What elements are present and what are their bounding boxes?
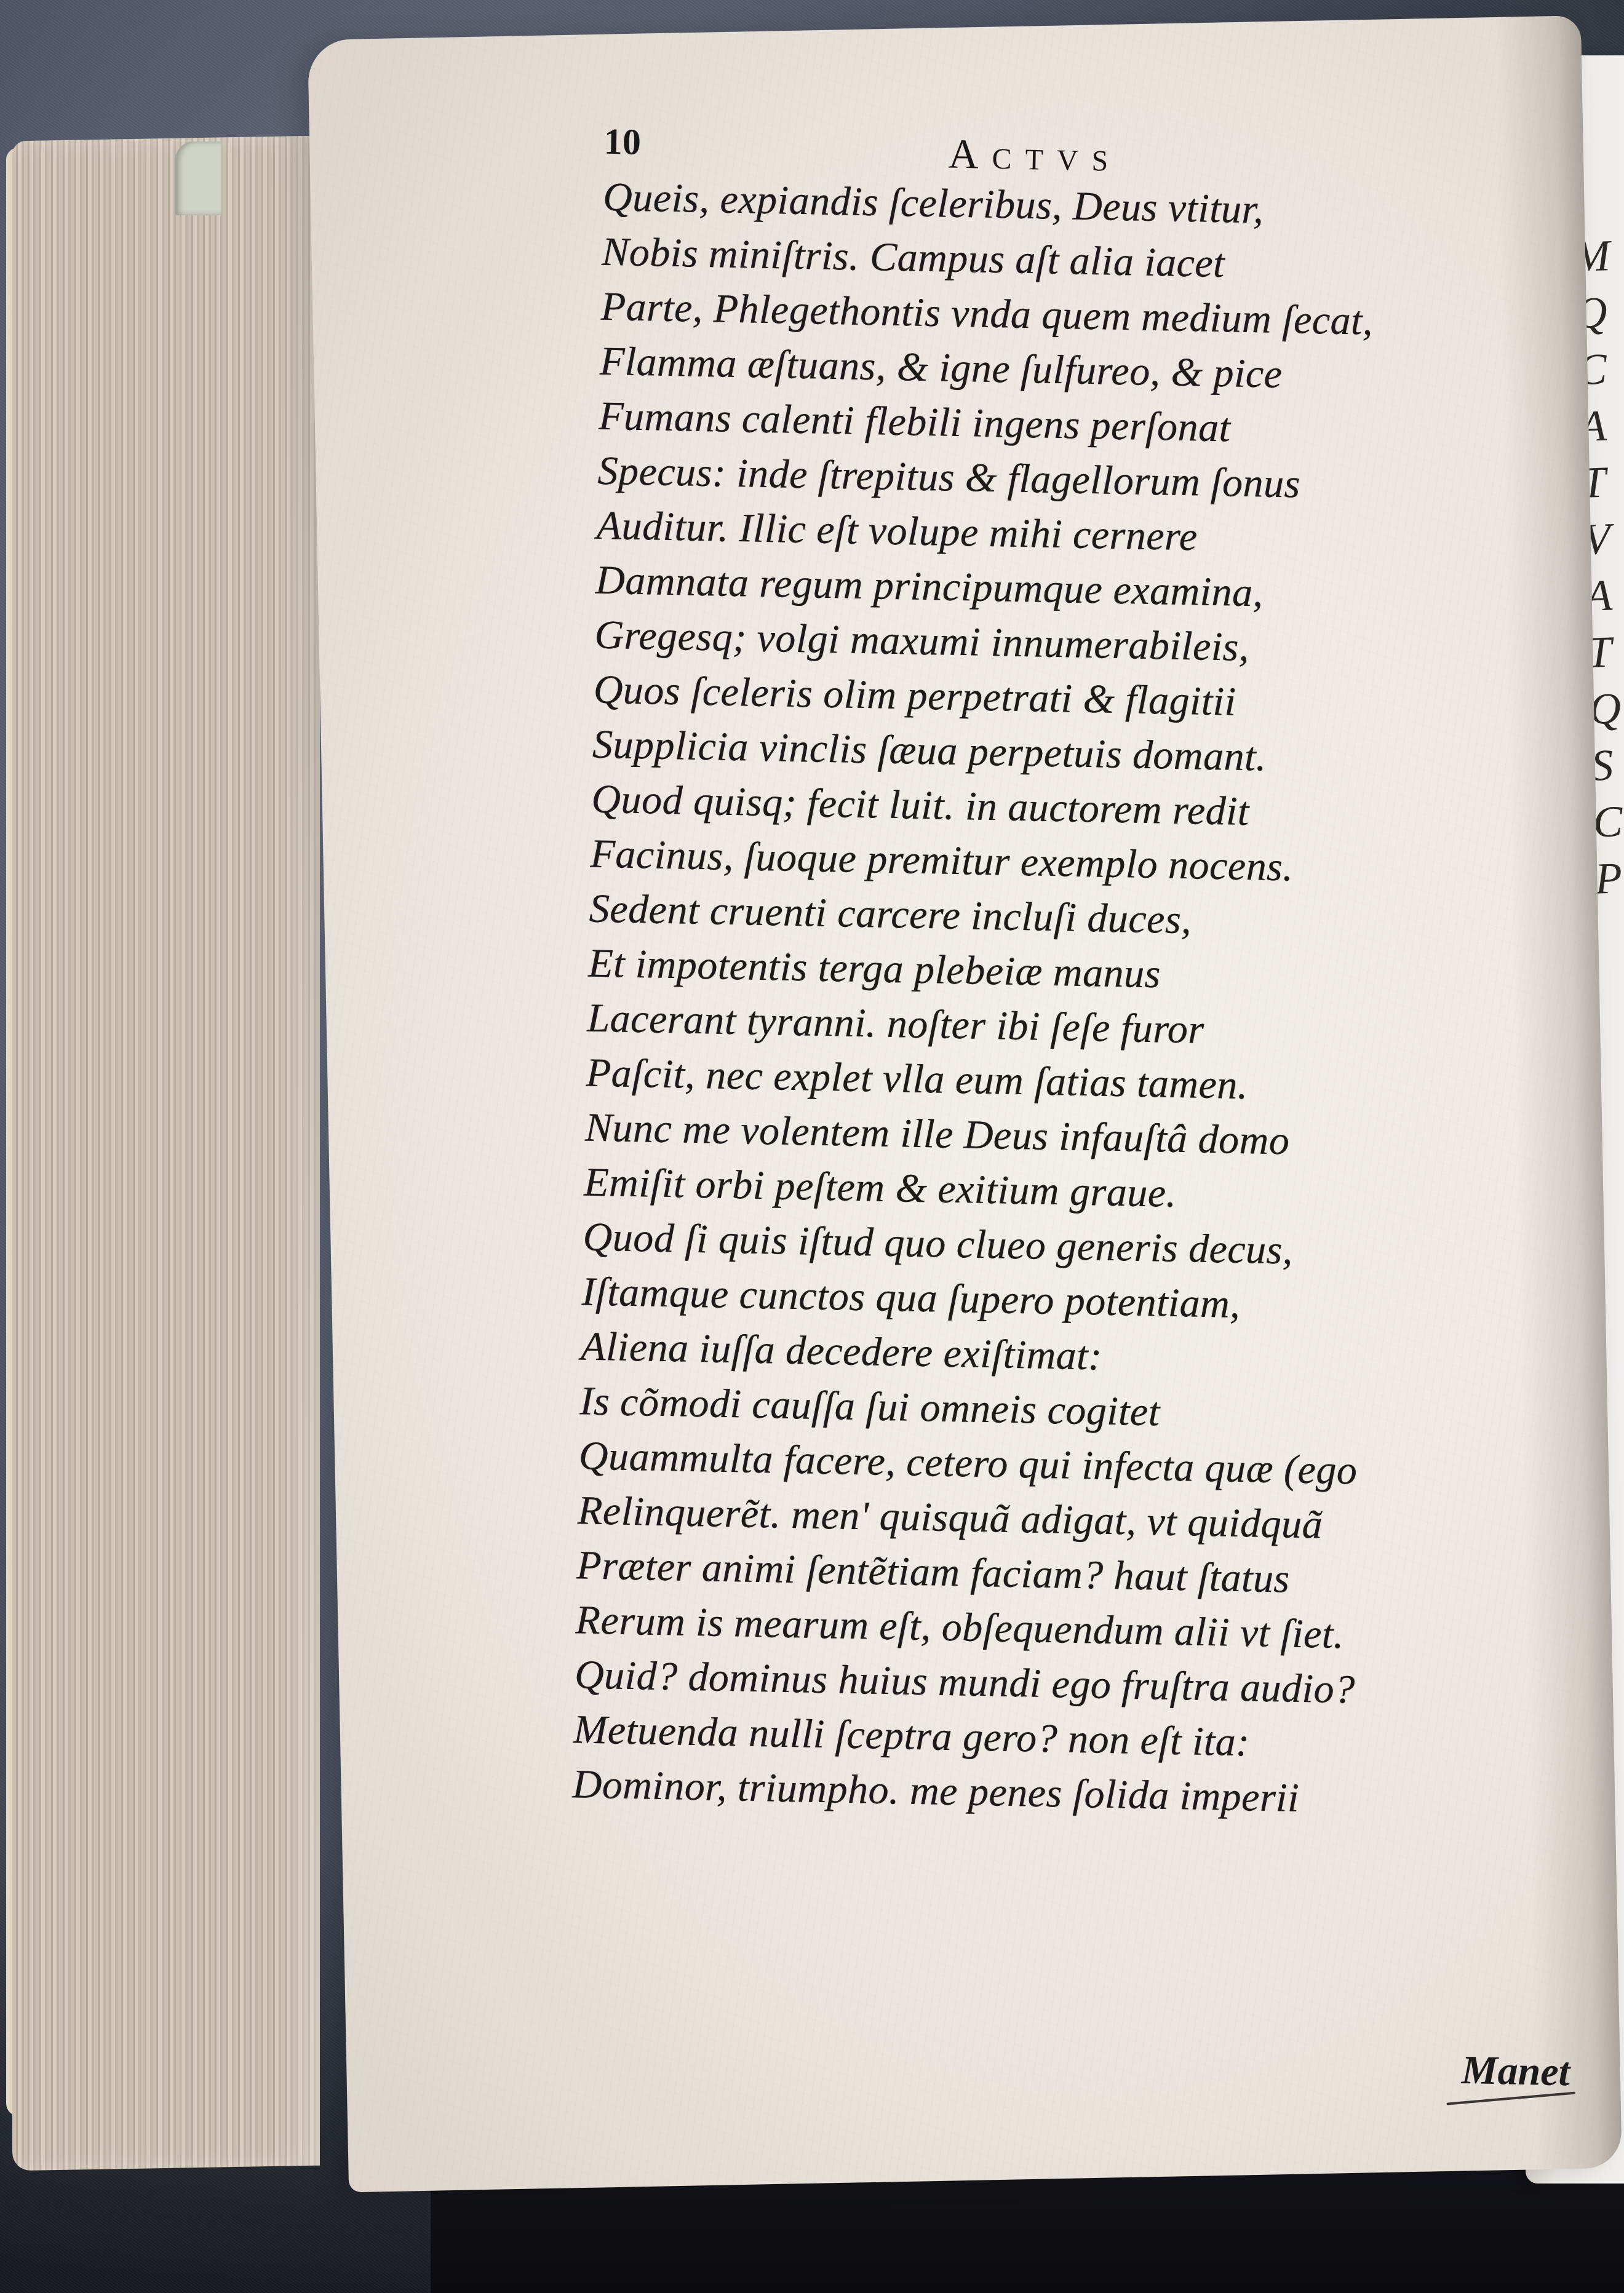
facing-initial: P	[1594, 856, 1624, 896]
page-number: 10	[603, 121, 641, 164]
facing-initial: C	[1592, 799, 1624, 840]
verse-lines: Queis, expiandis ſceleribus, Deus vtitur…	[572, 170, 1588, 1830]
book-page: 10 Actvs Queis, expiandis ſceleribus, De…	[308, 15, 1622, 2192]
running-head-title: Actvs	[948, 130, 1122, 181]
text-block: 10 Actvs Queis, expiandis ſceleribus, De…	[572, 121, 1588, 1830]
page-stack-fore-edge	[12, 136, 320, 2171]
binding-corner-tab	[175, 141, 221, 215]
catchword: Manet	[1461, 2047, 1570, 2096]
